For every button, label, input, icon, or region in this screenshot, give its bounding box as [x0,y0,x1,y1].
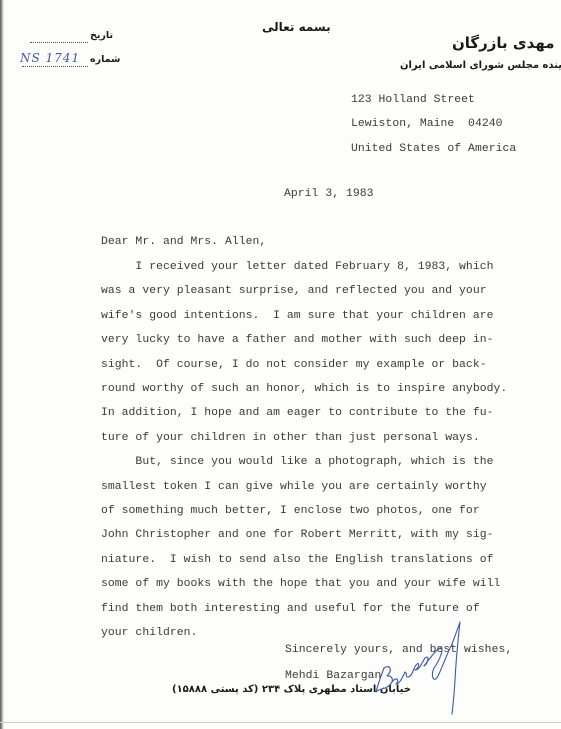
number-dotted-line [22,66,88,67]
date-dotted-line [30,42,88,43]
typed-signature: Mehdi Bazargan [285,670,381,682]
body-line: find them both interesting and useful fo… [101,603,480,615]
sender-address-persian: خیابان استاد مطهری پلاک ۲۳۴ (کد پستی ۱۵۸… [172,684,411,695]
body-line: round worthy of such an honor, which is … [101,383,507,395]
letter-number-handwritten: NS 1741 [20,51,80,65]
body-line: wife's good intentions. I am sure that y… [101,310,493,322]
body-line: some of my books with the hope that you … [101,578,500,590]
body-line: niature. I wish to send also the English… [101,554,493,566]
closing: Sincerely yours, and best wishes, [285,644,512,656]
body-line: But, since you would like a photograph, … [101,456,493,468]
body-line: In addition, I hope and am eager to cont… [101,407,493,419]
body-line: very lucky to have a father and mother w… [101,334,493,346]
body-line: your children. [101,627,197,639]
body-line: was a very pleasant surprise, and reflec… [101,285,487,297]
address-line-1: 123 Holland Street [351,94,475,106]
address-line-3: United States of America [351,143,516,155]
page-bottom-edge [0,722,561,723]
body-line: smallest token I can give while you are … [101,481,487,493]
address-line-2: Lewiston, Maine 04240 [351,118,502,130]
body-line: I received your letter dated February 8,… [101,261,493,273]
sender-title-persian: نماینده مجلس شورای اسلامی ایران [400,60,561,71]
invocation-heading: بسمه تعالی [262,20,331,34]
salutation: Dear Mr. and Mrs. Allen, [101,236,266,248]
number-label: شماره [90,54,120,65]
letter-date: April 3, 1983 [284,188,374,200]
body-line: ture of your children in other than just… [101,432,480,444]
letter-page: تاریخ شماره NS 1741 بسمه تعالی مهدی بازر… [0,0,561,729]
body-line: John Christopher and one for Robert Merr… [101,529,493,541]
scan-edge-shadow [0,0,4,729]
sender-name-persian: مهدی بازرگان [452,34,555,52]
date-label: تاریخ [90,30,113,41]
body-line: of something much better, I enclose two … [101,505,480,517]
body-line: sight. Of course, I do not consider my e… [101,359,487,371]
